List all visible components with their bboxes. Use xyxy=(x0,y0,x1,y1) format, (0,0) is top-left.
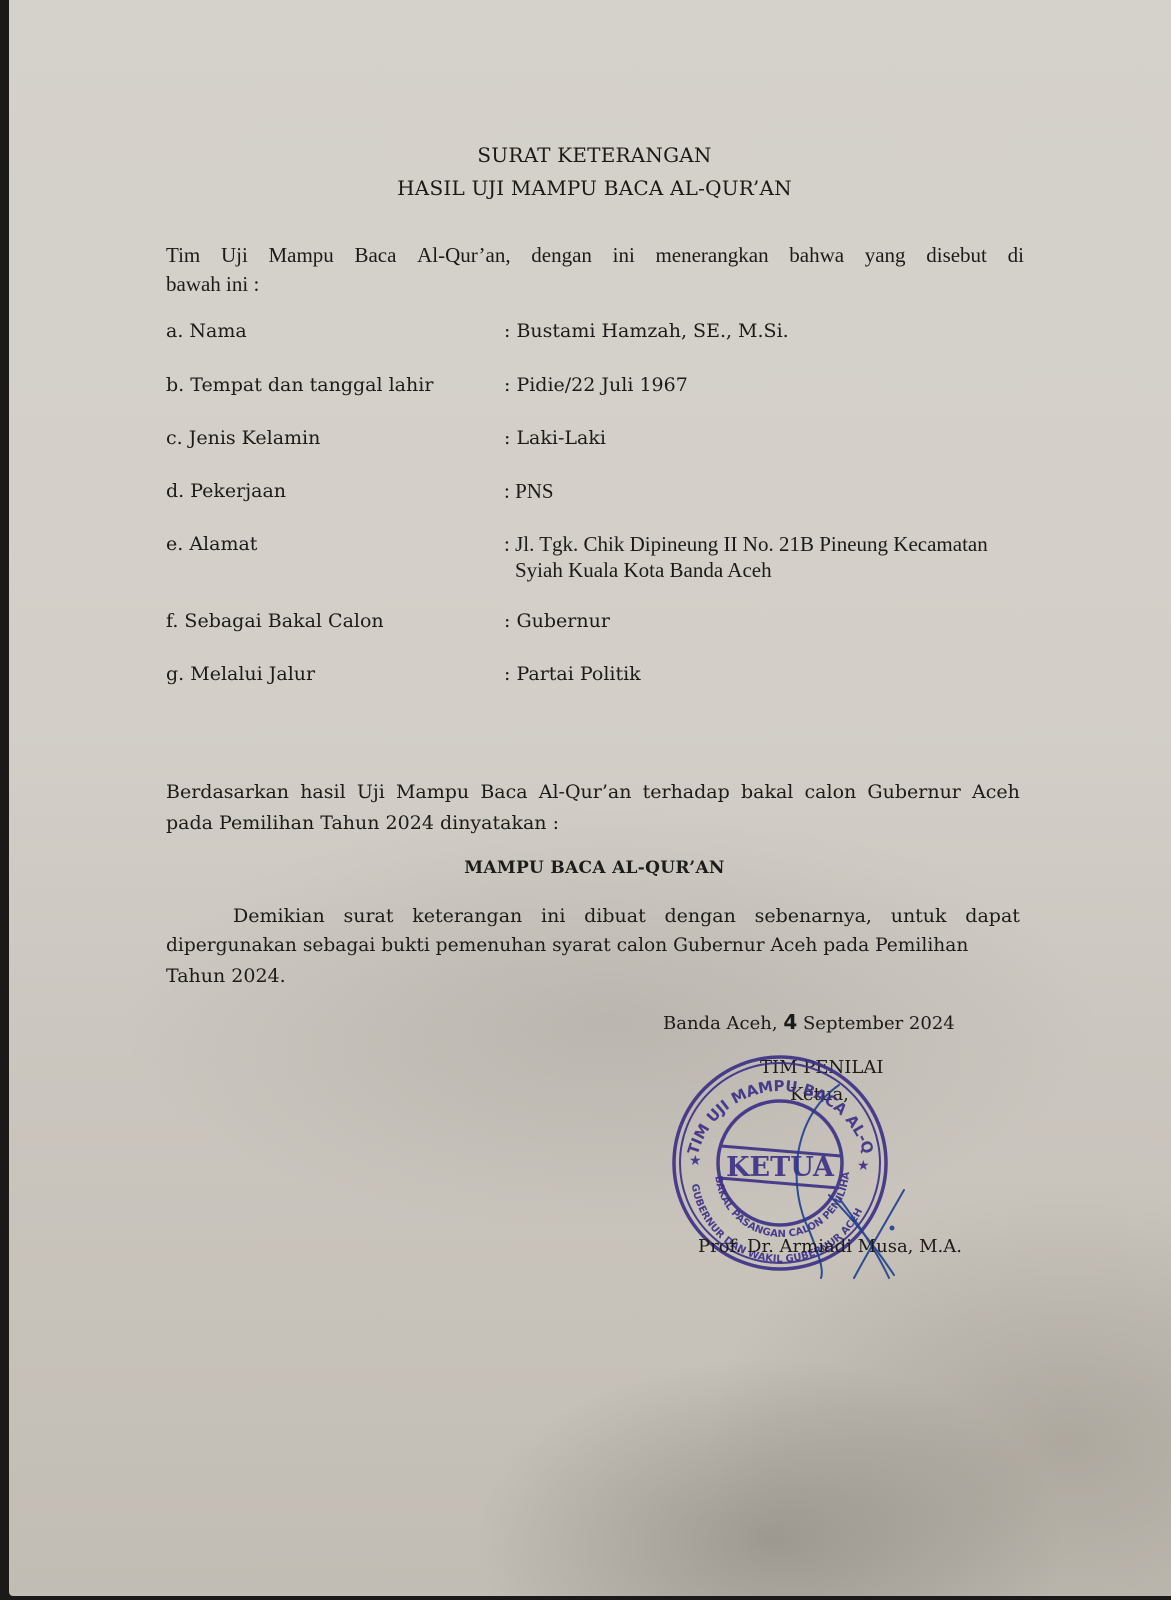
field-value-birth: : Pidie/22 Juli 1967 xyxy=(504,374,688,396)
intro-paragraph-line-2: bawah ini : xyxy=(166,272,259,297)
field-value-nama: : Bustami Hamzah, SE., M.Si. xyxy=(504,320,789,342)
word: ini xyxy=(613,243,635,268)
closing-paragraph-line-2: dipergunakan sebagai bukti pemenuhan sya… xyxy=(166,935,968,956)
field-value-candidate: : Gubernur xyxy=(504,610,610,632)
field-label-address: e. Alamat xyxy=(166,533,257,555)
place-date-prefix: Banda Aceh, xyxy=(663,1013,778,1034)
intro-paragraph: TimUjiMampuBacaAl-Qur’an,denganinimenera… xyxy=(166,243,1024,268)
field-value-address-line-2: Syiah Kuala Kota Banda Aceh xyxy=(515,558,772,583)
field-label-gender: c. Jenis Kelamin xyxy=(166,427,320,449)
field-label-nama: a. Nama xyxy=(166,320,247,342)
word: Baca xyxy=(354,243,396,268)
word: bakal xyxy=(741,781,793,803)
field-value-gender: : Laki-Laki xyxy=(504,427,606,449)
word: dapat xyxy=(965,905,1020,927)
word: untuk xyxy=(891,905,947,927)
word: di xyxy=(1008,243,1024,268)
word: dengan xyxy=(664,905,735,927)
svg-text:★: ★ xyxy=(689,1153,702,1169)
word: dibuat xyxy=(584,905,646,927)
field-label-candidate: f. Sebagai Bakal Calon xyxy=(166,610,384,632)
word: Mampu xyxy=(396,781,469,803)
basis-paragraph-line-2: pada Pemilihan Tahun 2024 dinyatakan : xyxy=(166,812,559,834)
word: disebut xyxy=(926,243,987,268)
word: Al-Qur’an xyxy=(539,781,632,803)
field-value-job: : PNS xyxy=(504,479,554,504)
word: bahwa xyxy=(789,243,844,268)
field-label-birth: b. Tempat dan tanggal lahir xyxy=(166,374,433,396)
word: ini xyxy=(541,905,565,927)
handwritten-day: 4 xyxy=(783,1010,797,1034)
word: yang xyxy=(865,243,906,268)
word: Gubernur xyxy=(867,781,960,803)
word: Aceh xyxy=(972,781,1020,803)
word: menerangkan xyxy=(655,243,768,268)
word: Mampu xyxy=(268,243,333,268)
title-line-1: SURAT KETERANGAN xyxy=(9,143,1171,167)
word: Demikian xyxy=(233,905,325,927)
field-label-job: d. Pekerjaan xyxy=(166,480,286,502)
basis-paragraph: BerdasarkanhasilUjiMampuBacaAl-Qur’anter… xyxy=(166,781,1020,803)
word: Tim xyxy=(166,243,200,268)
field-label-route: g. Melalui Jalur xyxy=(166,663,315,685)
word: Al-Qur’an, xyxy=(417,243,511,268)
field-value-route: : Partai Politik xyxy=(504,663,641,685)
word: Uji xyxy=(357,781,385,803)
word: keterangan xyxy=(412,905,522,927)
word: dengan xyxy=(531,243,592,268)
result-statement: MAMPU BACA AL-QUR’AN xyxy=(9,858,1171,878)
word: Berdasarkan xyxy=(166,781,289,803)
title-line-2: HASIL UJI MAMPU BACA AL-QUR’AN xyxy=(9,176,1171,200)
word: Baca xyxy=(480,781,527,803)
closing-paragraph: Demikiansuratketeranganinidibuatdenganse… xyxy=(233,905,1020,927)
place-date: Banda Aceh, 4 September 2024 xyxy=(663,1010,955,1034)
field-value-address: : Jl. Tgk. Chik Dipineung II No. 21B Pin… xyxy=(504,532,988,557)
document-page: SURAT KETERANGAN HASIL UJI MAMPU BACA AL… xyxy=(9,0,1171,1596)
word: hasil xyxy=(300,781,345,803)
signer-name: Prof. Dr. Armiadi Musa, M.A. xyxy=(698,1236,962,1257)
word: Uji xyxy=(221,243,248,268)
word: calon xyxy=(805,781,857,803)
word: terhadap xyxy=(643,781,730,803)
closing-paragraph-line-3: Tahun 2024. xyxy=(166,965,286,987)
place-date-suffix: September 2024 xyxy=(803,1013,955,1034)
word: sebenarnya, xyxy=(755,905,872,927)
word: surat xyxy=(343,905,393,927)
